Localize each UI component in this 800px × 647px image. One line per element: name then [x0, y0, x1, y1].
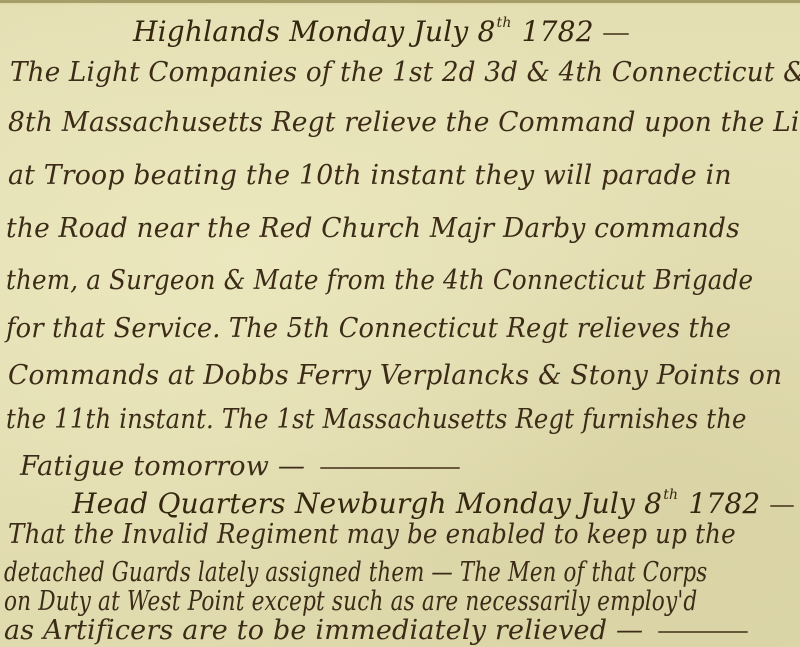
- entry-1-line-8: the 11th instant. The 1st Massachusetts …: [6, 405, 747, 435]
- entry-2-line-2: detached Guards lately assigned them — T…: [4, 558, 707, 588]
- entry-2-line-3: on Duty at West Point except such as are…: [4, 587, 697, 617]
- entry-2-line-4: as Artificers are to be immediately reli…: [4, 616, 748, 646]
- heading-day: Monday: [289, 15, 404, 48]
- entry-1-line-1: The Light Companies of the 1st 2d 3d & 4…: [10, 58, 800, 88]
- entry-2-line-4-text: as Artificers are to be immediately reli…: [4, 615, 643, 646]
- heading-month: July: [414, 15, 469, 48]
- entry-2-heading: Head Quarters Newburgh Monday July 8th 1…: [72, 480, 794, 519]
- heading-date-suffix: th: [663, 487, 678, 503]
- entry-1-line-3: at Troop beating the 10th instant they w…: [8, 161, 732, 191]
- flourish: [320, 467, 460, 469]
- entry-1-line-2: 8th Massachusetts Regt relieve the Comma…: [8, 108, 800, 138]
- heading-month: July: [580, 487, 635, 520]
- flourish: [658, 631, 748, 633]
- entry-1-line-6: for that Service. The 5th Connecticut Re…: [6, 314, 731, 344]
- entry-1-line-9-text: Fatigue tomorrow —: [20, 451, 305, 482]
- manuscript-page: Highlands Monday July 8th 1782 The Light…: [0, 0, 800, 647]
- heading-date-suffix: th: [497, 15, 512, 31]
- heading-day: Monday: [456, 487, 571, 520]
- flourish: [770, 505, 794, 507]
- heading-date: 8: [644, 487, 662, 520]
- entry-2-line-1: That the Invalid Regiment may be enabled…: [8, 520, 736, 550]
- heading-place: Head Quarters Newburgh: [72, 487, 447, 520]
- entry-1-line-5: them, a Surgeon & Mate from the 4th Conn…: [6, 266, 753, 296]
- entry-1-line-7: Commands at Dobbs Ferry Verplancks & Sto…: [8, 361, 782, 391]
- heading-year: 1782: [688, 487, 760, 520]
- flourish: [603, 33, 629, 35]
- entry-1-heading: Highlands Monday July 8th 1782: [133, 8, 629, 47]
- entry-1-line-4: the Road near the Red Church Majr Darby …: [6, 214, 740, 244]
- heading-year: 1782: [522, 15, 594, 48]
- heading-date: 8: [477, 15, 495, 48]
- entry-1-line-9: Fatigue tomorrow —: [20, 452, 460, 482]
- heading-place: Highlands: [133, 15, 280, 48]
- page-top-edge: [0, 0, 800, 3]
